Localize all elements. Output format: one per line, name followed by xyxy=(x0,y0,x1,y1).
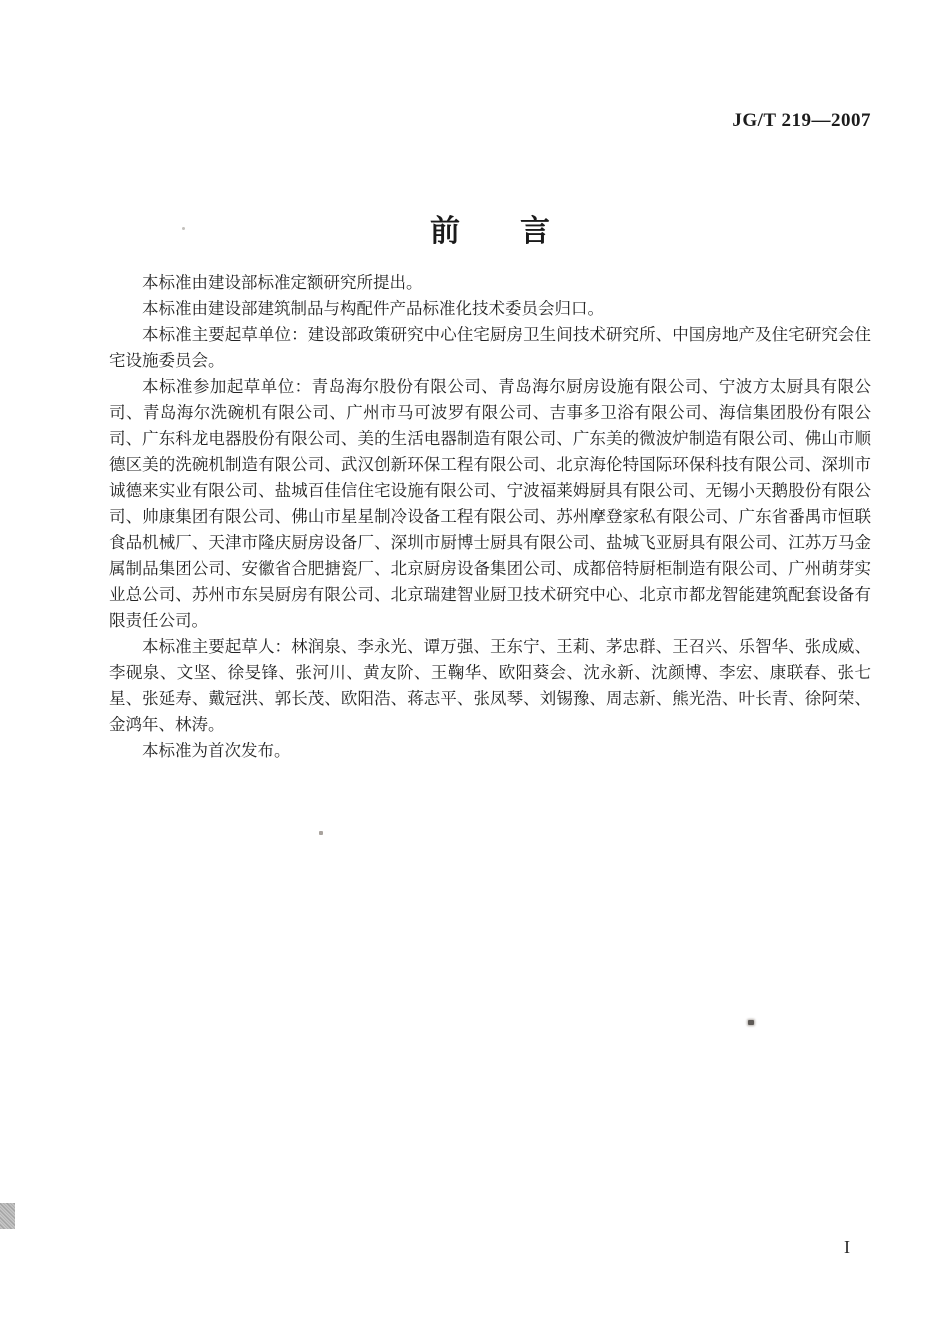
standard-code: JG/T 219—2007 xyxy=(109,110,871,132)
foreword-paragraph-first-release: 本标准为首次发布。 xyxy=(109,738,871,764)
page-title: 前 言 xyxy=(109,206,871,250)
scan-speck-1 xyxy=(319,831,323,835)
foreword-paragraph-main-drafting-units: 本标准主要起草单位：建设部政策研究中心住宅厨房卫生间技术研究所、中国房地产及住宅… xyxy=(109,322,871,374)
foreword-paragraph-participating-units: 本标准参加起草单位：青岛海尔股份有限公司、青岛海尔厨房设施有限公司、宁波方太厨具… xyxy=(109,374,871,634)
foreword-paragraph-issued: 本标准由建设部标准定额研究所提出。 xyxy=(109,270,871,296)
foreword-body: 本标准由建设部标准定额研究所提出。 本标准由建设部建筑制品与构配件产品标准化技术… xyxy=(109,270,871,764)
foreword-paragraph-centralized: 本标准由建设部建筑制品与构配件产品标准化技术委员会归口。 xyxy=(109,296,871,322)
page-number: I xyxy=(844,1237,850,1258)
scan-speck-3 xyxy=(182,227,185,230)
document-page: JG/T 219—2007 前 言 本标准由建设部标准定额研究所提出。 本标准由… xyxy=(0,0,950,1340)
scan-artifact-left-edge xyxy=(0,1203,15,1229)
scan-speck-2 xyxy=(748,1020,754,1025)
foreword-paragraph-main-drafters: 本标准主要起草人：林润泉、李永光、谭万强、王东宁、王莉、茅忠群、王召兴、乐智华、… xyxy=(109,634,871,738)
